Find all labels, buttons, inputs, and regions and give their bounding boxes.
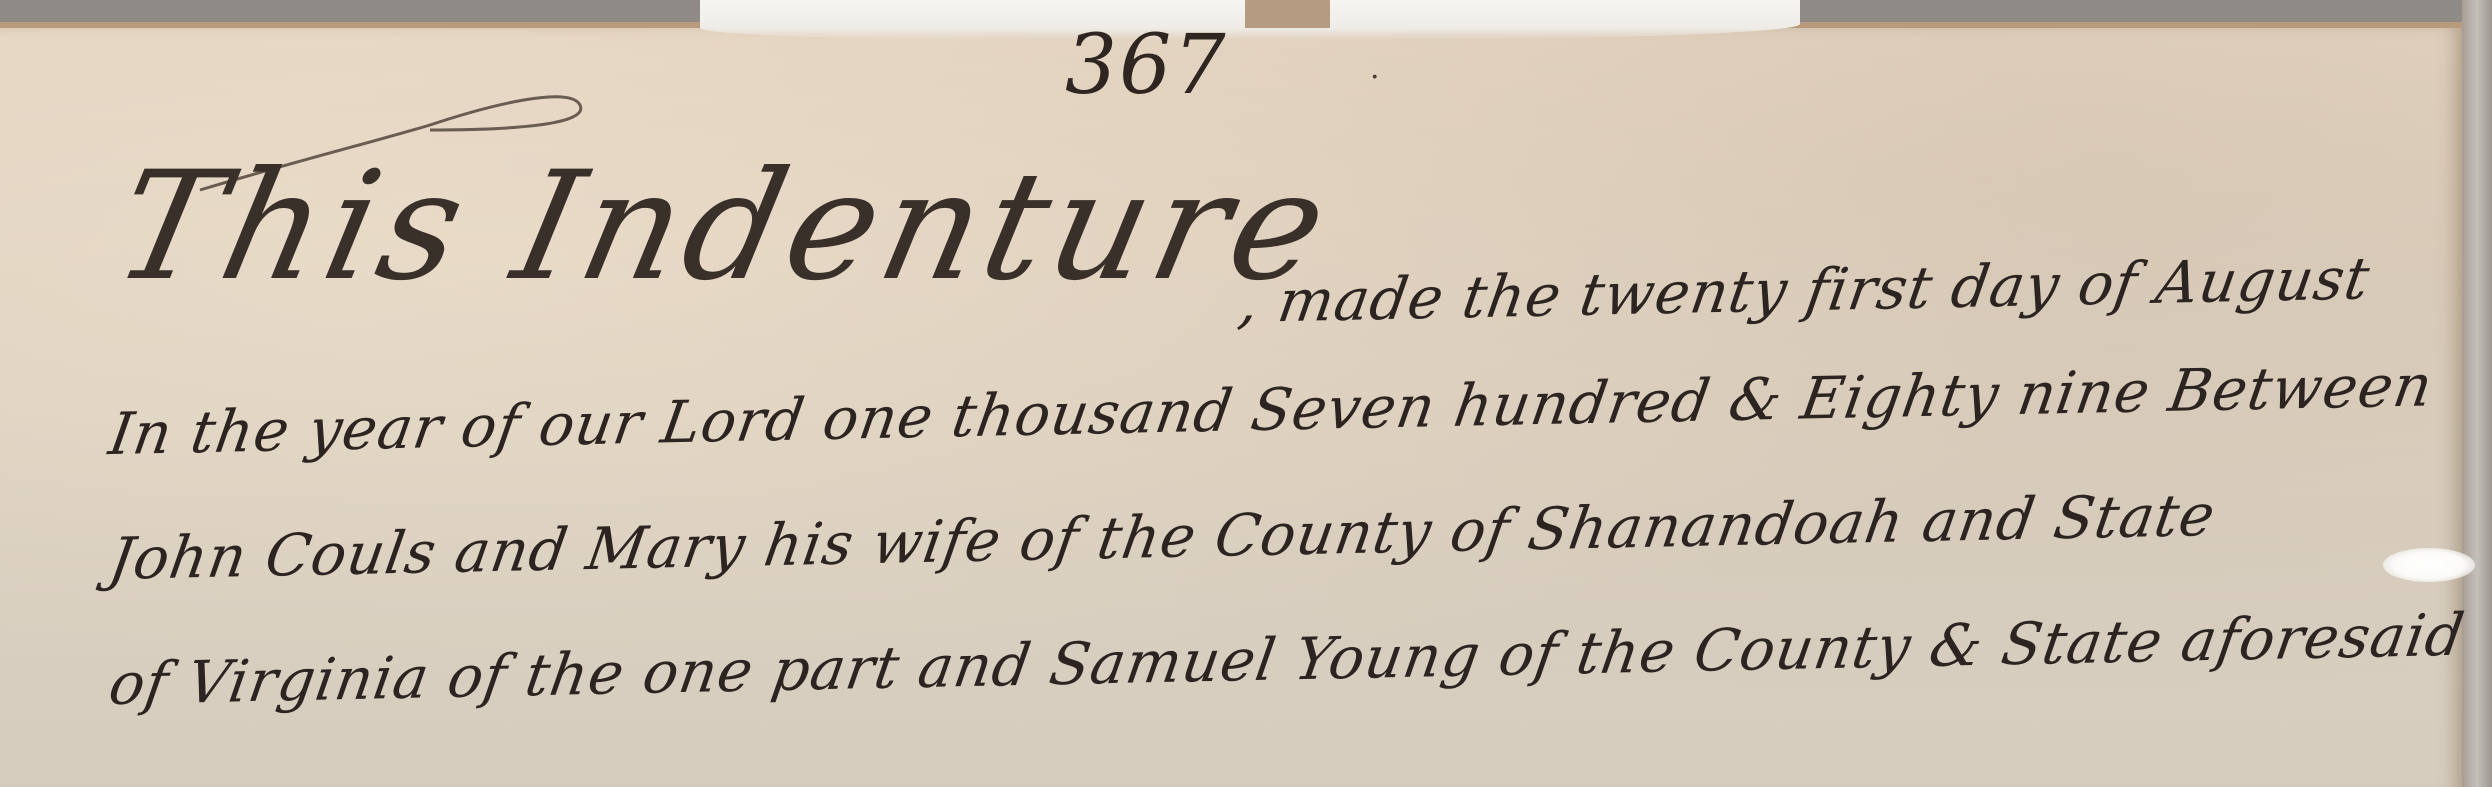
page-right-edge xyxy=(2462,0,2492,787)
document-title: This Indenture xyxy=(102,140,1347,314)
light-glare xyxy=(2383,548,2475,582)
page-number: 367 xyxy=(1065,18,1228,113)
page-tab-strip xyxy=(1245,0,1330,28)
page-number-mark: · xyxy=(1370,60,1380,95)
